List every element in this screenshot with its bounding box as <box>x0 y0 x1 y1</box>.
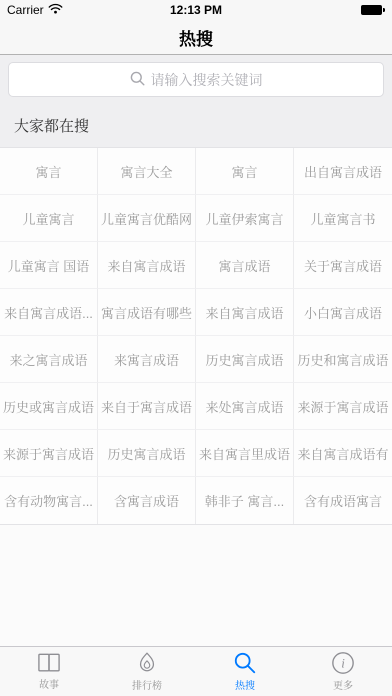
hot-search-term[interactable]: 来寓言成语 <box>98 336 196 383</box>
hot-search-term[interactable]: 历史寓言成语 <box>98 430 196 477</box>
hot-search-term[interactable]: 历史寓言成语 <box>196 336 294 383</box>
tab-label: 排行榜 <box>132 677 162 692</box>
hot-search-term[interactable]: 含有动物寓言... <box>0 477 98 524</box>
search-input[interactable]: 请输入搜索关键词 <box>8 62 384 97</box>
search-icon <box>233 651 257 675</box>
tab-more[interactable]: i 更多 <box>294 647 392 696</box>
tab-stories[interactable]: 故事 <box>0 647 98 696</box>
flame-icon <box>135 651 159 675</box>
hot-search-term[interactable]: 儿童寓言优酷网 <box>98 195 196 242</box>
battery-icon <box>361 5 385 15</box>
tab-bar: 故事 排行榜 热搜 <box>0 646 392 696</box>
hot-search-term[interactable]: 出自寓言成语 <box>294 148 392 195</box>
hot-search-term[interactable]: 儿童寓言 <box>0 195 98 242</box>
hot-search-term[interactable]: 含寓言成语 <box>98 477 196 524</box>
hot-search-term[interactable]: 关于寓言成语 <box>294 242 392 289</box>
hot-search-term[interactable]: 历史和寓言成语 <box>294 336 392 383</box>
hot-search-term[interactable]: 来自寓言成语... <box>0 289 98 336</box>
hot-search-term[interactable]: 韩非子 寓言... <box>196 477 294 524</box>
tab-label: 故事 <box>39 676 59 691</box>
tab-hot-search[interactable]: 热搜 <box>196 647 294 696</box>
tab-label: 热搜 <box>235 677 255 692</box>
hot-search-term[interactable]: 寓言 <box>196 148 294 195</box>
hot-search-term[interactable]: 寓言成语有哪些 <box>98 289 196 336</box>
info-icon: i <box>331 651 355 675</box>
hot-search-term[interactable]: 儿童寓言书 <box>294 195 392 242</box>
hot-search-term[interactable]: 含有成语寓言 <box>294 477 392 524</box>
hot-search-term[interactable]: 来源于寓言成语 <box>294 383 392 430</box>
wifi-icon <box>48 3 63 17</box>
hot-search-term[interactable]: 来源于寓言成语 <box>0 430 98 477</box>
app-screen: Carrier 12:13 PM 热搜 <box>0 0 392 696</box>
empty-area <box>0 525 392 646</box>
status-bar: Carrier 12:13 PM <box>0 0 392 20</box>
svg-text:i: i <box>341 656 345 671</box>
hot-search-term[interactable]: 来自于寓言成语 <box>98 383 196 430</box>
hot-search-term[interactable]: 寓言成语 <box>196 242 294 289</box>
hot-search-grid: 寓言 寓言大全 寓言 出自寓言成语 儿童寓言 儿童寓言优酷网 儿童伊索寓言 儿童… <box>0 147 392 525</box>
hot-search-term[interactable]: 小白寓言成语 <box>294 289 392 336</box>
section-header: 大家都在搜 <box>0 103 392 147</box>
hot-search-term[interactable]: 儿童伊索寓言 <box>196 195 294 242</box>
carrier-label: Carrier <box>7 3 44 17</box>
status-left: Carrier <box>7 3 63 17</box>
section-header-label: 大家都在搜 <box>14 115 89 136</box>
search-placeholder: 请输入搜索关键词 <box>151 70 263 90</box>
hot-search-term[interactable]: 寓言大全 <box>98 148 196 195</box>
book-icon <box>36 652 62 674</box>
tab-label: 更多 <box>333 677 353 692</box>
hot-search-term[interactable]: 儿童寓言 国语 <box>0 242 98 289</box>
hot-search-term[interactable]: 来自寓言成语有 <box>294 430 392 477</box>
hot-search-term[interactable]: 来处寓言成语 <box>196 383 294 430</box>
hot-search-term[interactable]: 来自寓言成语 <box>196 289 294 336</box>
search-section: 请输入搜索关键词 <box>0 55 392 103</box>
hot-search-term[interactable]: 寓言 <box>0 148 98 195</box>
hot-search-term[interactable]: 来之寓言成语 <box>0 336 98 383</box>
hot-search-term[interactable]: 来自寓言成语 <box>98 242 196 289</box>
page-title: 热搜 <box>179 25 213 50</box>
nav-bar: 热搜 <box>0 20 392 55</box>
hot-search-term[interactable]: 来自寓言里成语 <box>196 430 294 477</box>
tab-rankings[interactable]: 排行榜 <box>98 647 196 696</box>
search-icon <box>130 71 145 89</box>
hot-search-term[interactable]: 历史或寓言成语 <box>0 383 98 430</box>
